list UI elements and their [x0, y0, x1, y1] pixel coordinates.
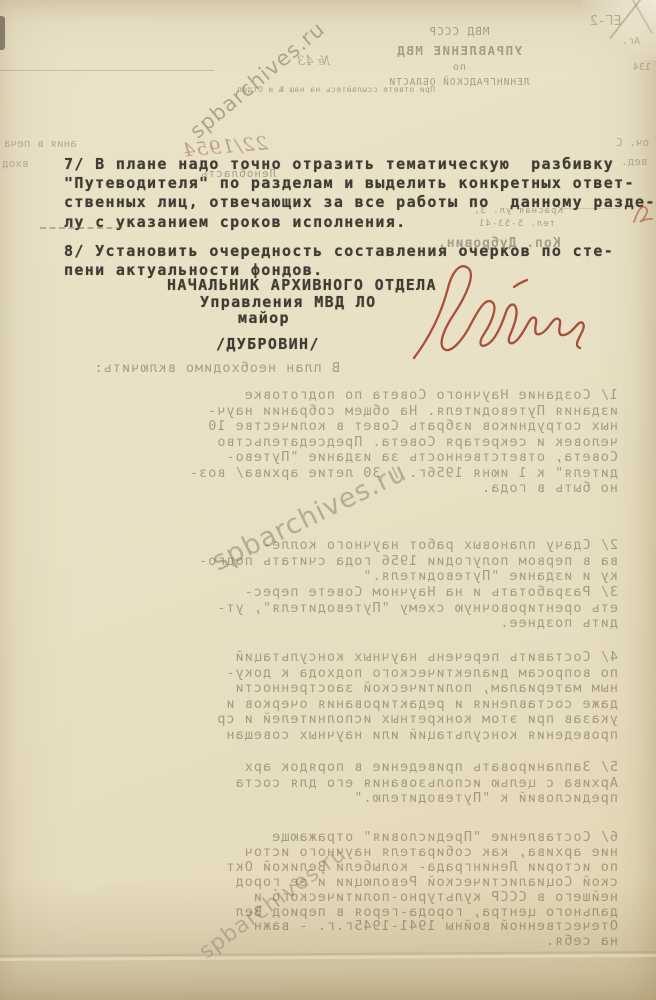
- bleedthrough-paragraph: 5/ Запланировать приведение в порядок ар…: [28, 760, 618, 807]
- signature-autograph-dubrovin: [402, 256, 592, 364]
- signoff-name: /ДУБРОВИН/: [216, 335, 320, 353]
- bleedthrough-org-line: по: [385, 63, 533, 73]
- watermark-spbarchives-middle: spbarchives.ru: [207, 456, 411, 577]
- watermark-spbarchives-bottom: spbarchives.ru: [195, 841, 352, 964]
- bleedthrough-org-line: ЛЕНИНГРАДСКОЙ ОБЛАСТИ: [385, 78, 533, 88]
- typed-line: 7/ В плане надо точно отразить тематичес…: [64, 155, 656, 174]
- scan-edge-artifact: [0, 16, 5, 50]
- bleedthrough-fragment: № 43: [297, 54, 330, 69]
- bleedthrough-paragraph: 2/ Сдачу плановых работ научного колле-в…: [28, 538, 618, 585]
- registration-line: [0, 70, 214, 71]
- bleedthrough-letterhead: МВД СССР УПРАВЛЕНИЕ МВД по ЛЕНИНГРАДСКОЙ…: [385, 26, 533, 87]
- bleedthrough-paragraph: 3/ Разработать и на Научном Совете перес…: [28, 585, 618, 632]
- bleedthrough-paragraph: 6/ Составление "Предисловия" отражающени…: [28, 830, 618, 949]
- signoff-title-line1: НАЧАЛЬНИК АРХИВНОГО ОТДЕЛА: [167, 276, 437, 294]
- bleedthrough-paragraph: 4/ Составить перечень научных консультац…: [28, 650, 618, 743]
- bleedthrough-fragment: вход: [2, 157, 29, 170]
- bleedthrough-reference-note: При ответе ссылайтесь на наш № и Отдел: [230, 82, 435, 98]
- bleedthrough-intro-line: В план необходимо включить:: [100, 361, 340, 377]
- dashed-underline: [40, 226, 122, 229]
- bleedthrough-org-line: МВД СССР: [385, 26, 533, 37]
- bleedthrough-fragment: 134: [633, 62, 651, 73]
- red-ink-mark: [630, 198, 654, 228]
- signoff-rank: майор: [238, 309, 290, 327]
- bleedthrough-paragraph: 1/ Создание Научного Совета по подготовк…: [28, 388, 618, 497]
- page-fold-corner: [582, 0, 656, 60]
- scanned-document-page: spbarchives.ru spbarchives.ru spbarchive…: [0, 0, 656, 1000]
- bleedthrough-org-line: УПРАВЛЕНИЕ МВД: [385, 45, 533, 58]
